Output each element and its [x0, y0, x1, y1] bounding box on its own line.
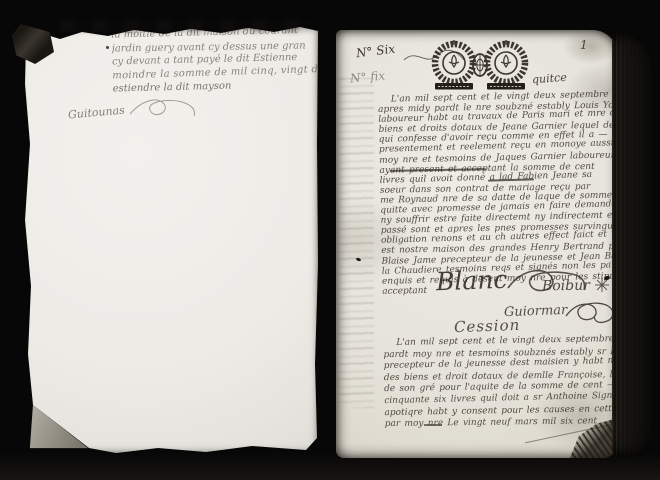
signature-blanc: Blanc [436, 265, 508, 296]
right-page: 1 N° Six N° fix quitce [336, 30, 618, 458]
fiscal-stamp-icon [428, 38, 532, 92]
left-page-note: la moitié de la dit maison du courantjar… [111, 23, 319, 96]
ink-bleedthrough [338, 78, 374, 408]
folio-number: 1 [580, 38, 588, 52]
act2-heading: Cession [454, 316, 521, 336]
act2-cession-text: L'an mil sept cent et le vingt deux sept… [383, 334, 625, 431]
ink-dot [106, 46, 109, 49]
quittance-margin-note: quitce [532, 71, 568, 86]
left-page-signature: Guitounas [68, 104, 126, 122]
manuscript-scan: la moitié de la dit maison du courantjar… [0, 0, 660, 480]
signature-flourish-icon [128, 94, 200, 124]
ragged-edge-shadow [60, 20, 312, 32]
ink-underline [424, 424, 442, 426]
act-number-label: N° Six [355, 42, 396, 61]
signature-boibur: Boibur [542, 278, 590, 295]
act-number-label-ghost: N° fix [349, 68, 385, 85]
page-edge-stack [612, 32, 652, 458]
left-page: la moitié de la dit maison du courantjar… [16, 24, 318, 454]
